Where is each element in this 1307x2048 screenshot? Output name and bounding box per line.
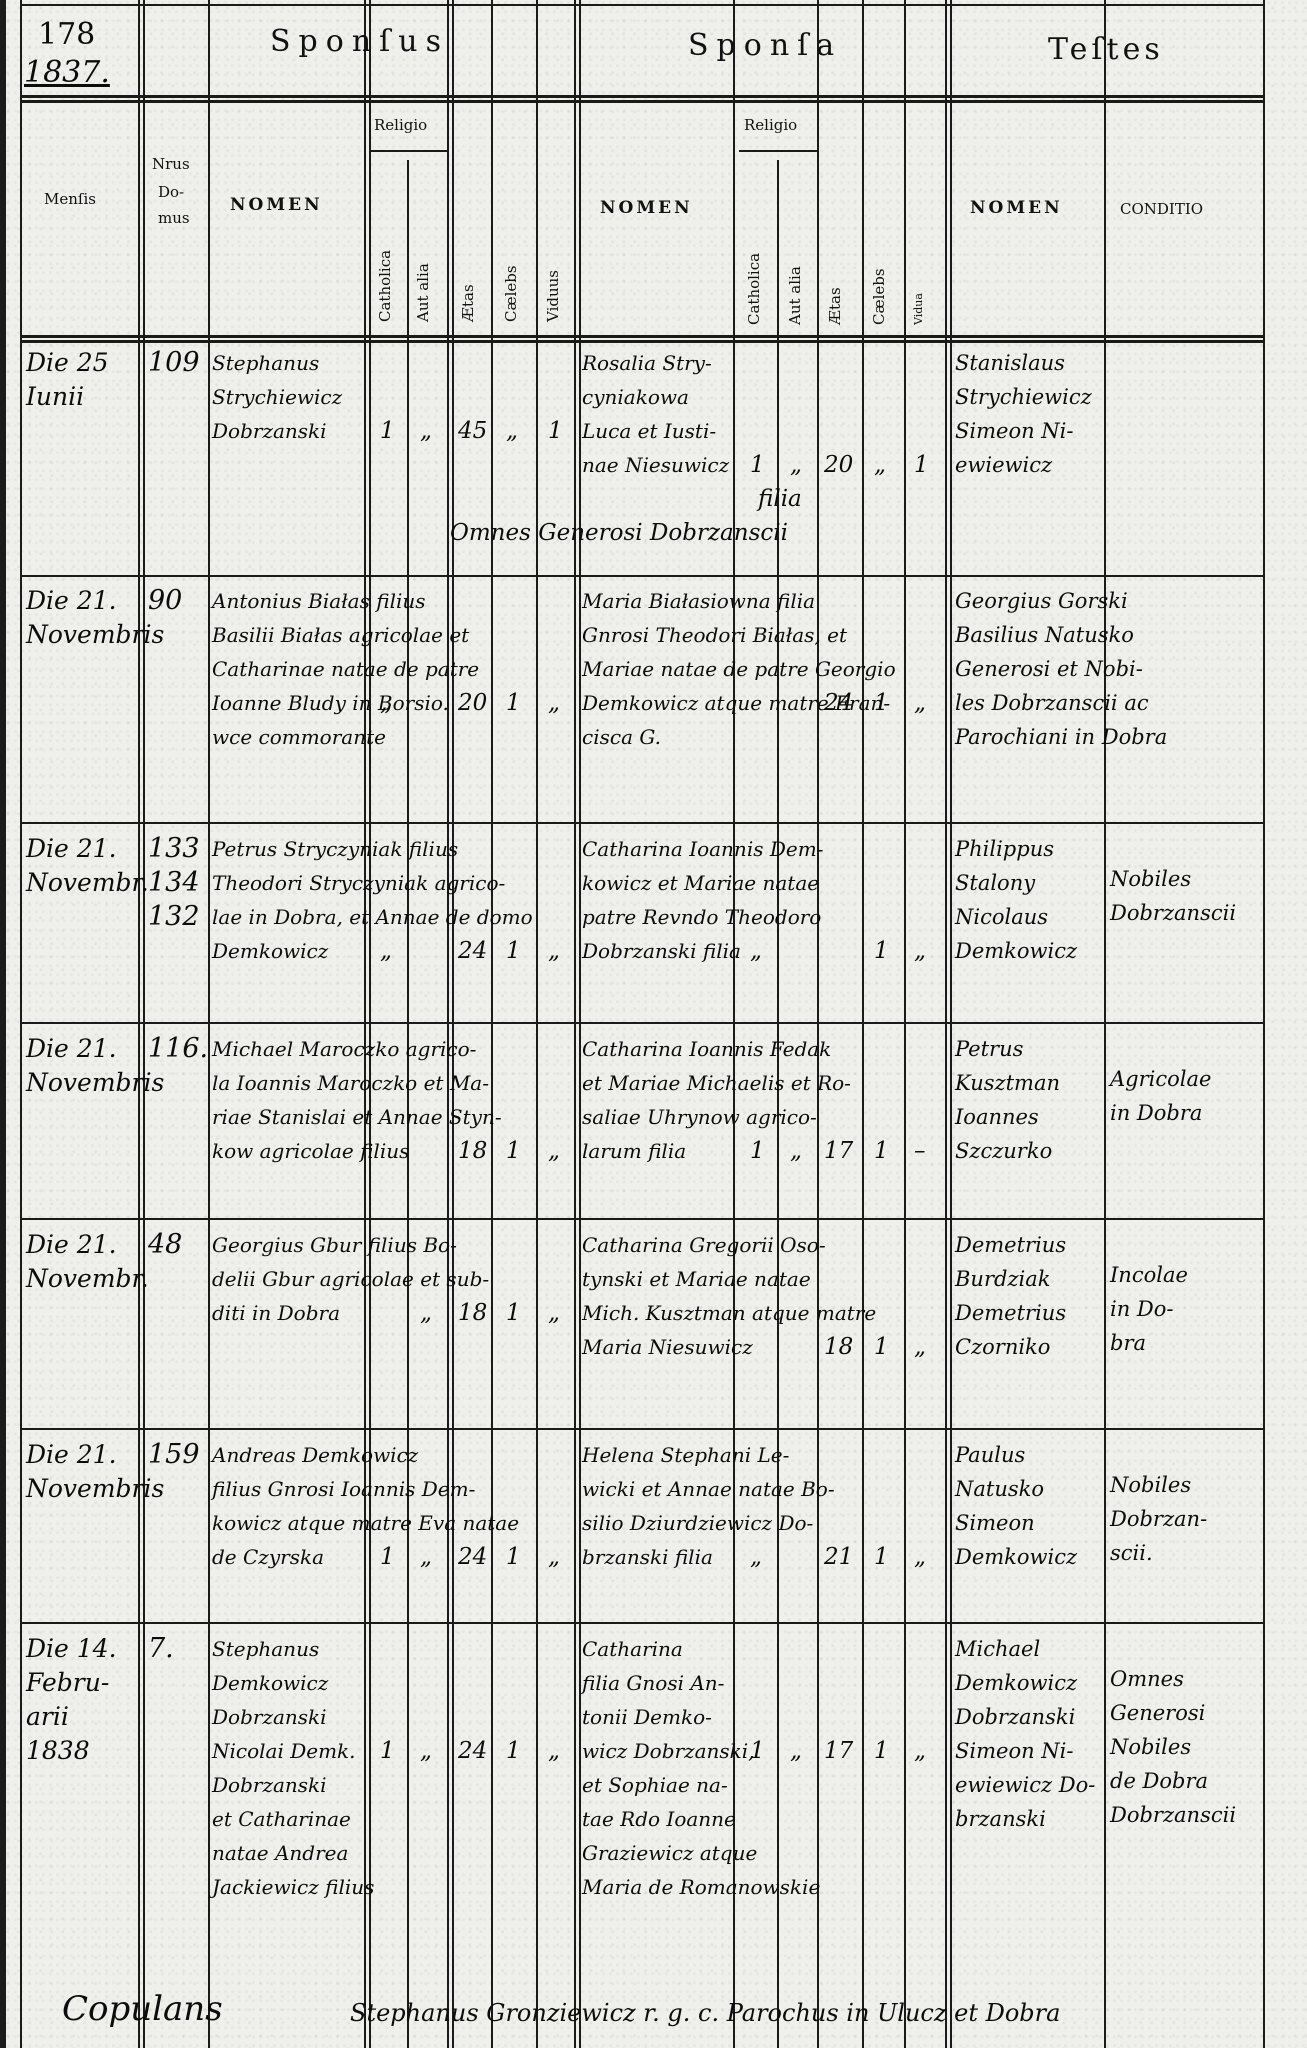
entry-domus-number: 133134132 [148,832,200,934]
entry-sponsus-catholica: 1 [380,414,395,448]
rule-line [369,150,449,152]
entry-sponsa-aetas: 18 [824,1330,853,1364]
entry-sponsus-caelebs: 1 [506,686,521,720]
entry-sponsus-caelebs: 1 [506,1134,521,1168]
entry-testes-name: StanislausStrychiewiczSimeon Ni-ewiewicz [955,346,1092,482]
col-sponsa-caelebs: Cælebs [870,268,888,325]
rule-line [20,4,1265,6]
entry-sponsus-aetas: 24 [458,1734,487,1768]
entry-sponsa-aut-alia: „ [790,1134,802,1168]
entry-sponsa-catholica: 1 [750,1134,765,1168]
col-sponsa-religio: Religio [744,116,797,134]
entry-sponsus-aetas: 24 [458,1540,487,1574]
rule-line [20,1428,1265,1430]
rule-line [945,0,947,2048]
rule-line [536,0,538,2048]
entry-sponsus-aetas: 20 [458,686,487,720]
entry-testes-name: Georgius GorskiBasilius NatuskoGenerosi … [955,584,1167,754]
copulans-name: Stephanus Gronziewicz r. g. c. Parochus … [350,1996,1060,2030]
entry-sponsa-vidua: „ [914,1734,926,1768]
header-testes: Teſtes [1048,32,1164,67]
entry-sponsus-viduus: „ [548,686,560,720]
entry-sponsus-caelebs: 1 [506,1540,521,1574]
register-page: 178 1837. Sponſus Sponſa Teſtes Menſis N… [0,0,1307,2048]
entry-date: Die 21.Novembris [26,584,164,652]
col-domus: Do- [158,183,184,201]
entry-conditio: NobilesDobrzan-scii. [1110,1468,1207,1570]
col-nrus: Nrus [152,155,190,173]
entry-sponsa-caelebs: 1 [874,1330,889,1364]
entry-domus-number: 109 [148,346,200,380]
entry-sponsa-vidua: „ [914,1540,926,1574]
entry-domus-number: 159 [148,1438,200,1472]
entry-sponsa-vidua: – [914,1134,926,1168]
entry-sponsa-aetas: 24 [824,686,853,720]
rule-line [20,822,1265,824]
entry-sponsa-catholica: 1 [750,1734,765,1768]
col-sponsus-caelebs: Cælebs [502,265,520,322]
entry-date: Die 25Iunii [26,346,109,414]
entry-testes-name: PaulusNatuskoSimeonDemkowicz [955,1438,1077,1574]
rule-line [739,150,819,152]
entry-sponsus-catholica: „ [380,686,392,720]
entry-sponsa-caelebs: 1 [874,934,889,968]
entry-sponsa-vidua: „ [914,686,926,720]
entry-testes-name: DemetriusBurdziakDemetriusCzorniko [955,1228,1066,1364]
entry-sponsus-aetas: 45 [458,414,487,448]
entry-sponsa-aetas: 20 [824,448,853,482]
entry-sponsus-name: StephanusDemkowiczDobrzanskiNicolai Demk… [212,1632,374,1904]
entry-date: Die 21.Novembr. [26,832,149,900]
entry-testes-name: PhilippusStalonyNicolausDemkowicz [955,832,1077,968]
entry-testes-name: PetrusKusztmanIoannesSzczurko [955,1032,1060,1168]
rule-line [904,0,906,2048]
col-sponsus-nomen: NOMEN [230,195,323,215]
entry-sponsus-viduus: 1 [548,414,563,448]
entry-domus-number: 7. [148,1632,174,1666]
entry-sponsus-aetas: 18 [458,1134,487,1168]
entry-sponsa-caelebs: „ [874,448,886,482]
entry-sponsus-viduus: „ [548,934,560,968]
entry-sponsa-aetas: 17 [824,1734,853,1768]
entry-sponsa-vidua: 1 [914,448,929,482]
entry-sponsus-caelebs: „ [506,414,518,448]
col-sponsus-aetas: Ætas [459,284,477,322]
entry-sponsa-note: filia [758,482,802,516]
entry-sponsa-aut-alia: „ [790,1734,802,1768]
entry-sponsus-caelebs: 1 [506,1734,521,1768]
entry-sponsus-catholica: 1 [380,1734,395,1768]
entry-sponsus-viduus: „ [548,1296,560,1330]
entry-sponsus-name: Antonius Białas filiusBasilii Białas agr… [212,584,479,754]
entry-sponsus-aut-alia: „ [420,1734,432,1768]
col-conditio: CONDITIO [1120,200,1203,218]
entry-date: Die 21.Novembris [26,1032,164,1100]
rule-line [574,0,576,2048]
entry-sponsa-name: Maria Białasiowna filiaGnrosi Theodori B… [582,584,896,754]
entry-testes-name: MichaelDemkowiczDobrzanskiSimeon Ni-ewie… [955,1632,1095,1836]
entry-sponsa-caelebs: 1 [874,1134,889,1168]
entry-sponsa-aetas: 21 [824,1540,853,1574]
entry-footnote: Omnes Generosi Dobrzanscii [450,516,788,550]
rule-line [138,0,140,2048]
col-sponsus-viduus: Viduus [544,270,562,322]
rule-line [1263,0,1265,2048]
rule-line [862,0,864,2048]
entry-domus-number: 48 [148,1228,182,1262]
rule-line [1104,0,1106,2048]
col-sponsa-aetas: Ætas [826,287,844,325]
entry-sponsus-catholica: „ [380,934,392,968]
entry-sponsa-catholica: 1 [750,448,765,482]
rule-line [452,0,454,2048]
rule-line [20,0,22,2048]
entry-sponsa-name: Rosalia Stry-cyniakowaLuca et Iusti-nae … [582,346,729,482]
entry-sponsa-aut-alia: „ [790,448,802,482]
col-sponsus-catholica: Catholica [376,250,394,322]
rule-line [20,95,1265,98]
rule-line [447,0,449,2048]
rule-line [579,0,581,2048]
col-sponsa-aut-alia: Aut alia [786,266,804,325]
entry-sponsus-caelebs: 1 [506,1296,521,1330]
entry-domus-number: 90 [148,584,182,618]
entry-sponsus-viduus: „ [548,1734,560,1768]
header-sponsus: Sponſus [270,24,449,59]
page-number: 178 [38,18,95,52]
col-sponsa-vidua: Vidua [912,293,925,325]
rule-line [20,1022,1265,1024]
col-sponsus-religio: Religio [374,116,427,134]
col-domus-2: mus [158,209,190,227]
entry-sponsa-name: Catharinafilia Gnosi An-tonii Demko-wicz… [582,1632,820,1904]
entry-domus-number: 116. [148,1032,208,1066]
entry-conditio: Incolaein Do-bra [1110,1258,1188,1360]
entry-date: Die 21.Novembris [26,1438,164,1506]
entry-sponsa-catholica: „ [750,934,762,968]
rule-line [491,0,493,2048]
rule-line [20,1622,1265,1624]
entry-sponsa-name: Catharina Ioannis Dem-kowicz et Mariae n… [582,832,823,968]
copulans-label: Copulans [62,1992,223,2026]
rule-line [143,0,145,2048]
rule-line [950,0,952,2048]
entry-sponsus-catholica: 1 [380,1540,395,1574]
entry-sponsa-catholica: „ [750,1540,762,1574]
rule-line [20,335,1265,338]
entry-conditio: Agricolaein Dobra [1110,1062,1211,1130]
col-sponsa-nomen: NOMEN [600,198,693,218]
entry-conditio: NobilesDobrzanscii [1110,862,1236,930]
col-testes-nomen: NOMEN [970,198,1063,218]
entry-sponsus-name: StephanusStrychiewiczDobrzanski [212,346,342,448]
entry-sponsus-aetas: 18 [458,1296,487,1330]
rule-line [208,0,210,2048]
entry-sponsus-viduus: „ [548,1134,560,1168]
col-sponsus-aut-alia: Aut alia [414,263,432,322]
entry-date: Die 14.Febru-arii1838 [26,1632,117,1768]
entry-sponsa-vidua: „ [914,934,926,968]
entry-date: Die 21.Novembr. [26,1228,149,1296]
entry-sponsus-aut-alia: „ [420,1540,432,1574]
entry-sponsa-vidua: „ [914,1330,926,1364]
page-year: 1837. [24,56,110,90]
header-sponsa: Sponſa [688,28,842,63]
col-mensis: Menſis [44,190,96,208]
entry-sponsus-aut-alia: „ [420,1296,432,1330]
rule-line [20,1218,1265,1220]
entry-sponsus-aetas: 24 [458,934,487,968]
entry-sponsus-caelebs: 1 [506,934,521,968]
entry-sponsa-aetas: 17 [824,1134,853,1168]
scan-edge [0,0,6,2048]
entry-sponsa-name: Helena Stephani Le-wicki et Annae natae … [582,1438,835,1574]
col-sponsa-catholica: Catholica [745,253,763,325]
rule-line [20,575,1265,577]
entry-sponsa-caelebs: 1 [874,686,889,720]
entry-sponsus-name: Georgius Gbur filius Bo-delii Gbur agric… [212,1228,489,1330]
entry-sponsa-name: Catharina Ioannis Fedaket Mariae Michael… [582,1032,851,1168]
entry-sponsus-viduus: „ [548,1540,560,1574]
entry-conditio: OmnesGenerosiNobilesde DobraDobrzanscii [1110,1662,1236,1832]
entry-sponsa-caelebs: 1 [874,1734,889,1768]
entry-sponsa-caelebs: 1 [874,1540,889,1574]
entry-sponsus-aut-alia: „ [420,414,432,448]
